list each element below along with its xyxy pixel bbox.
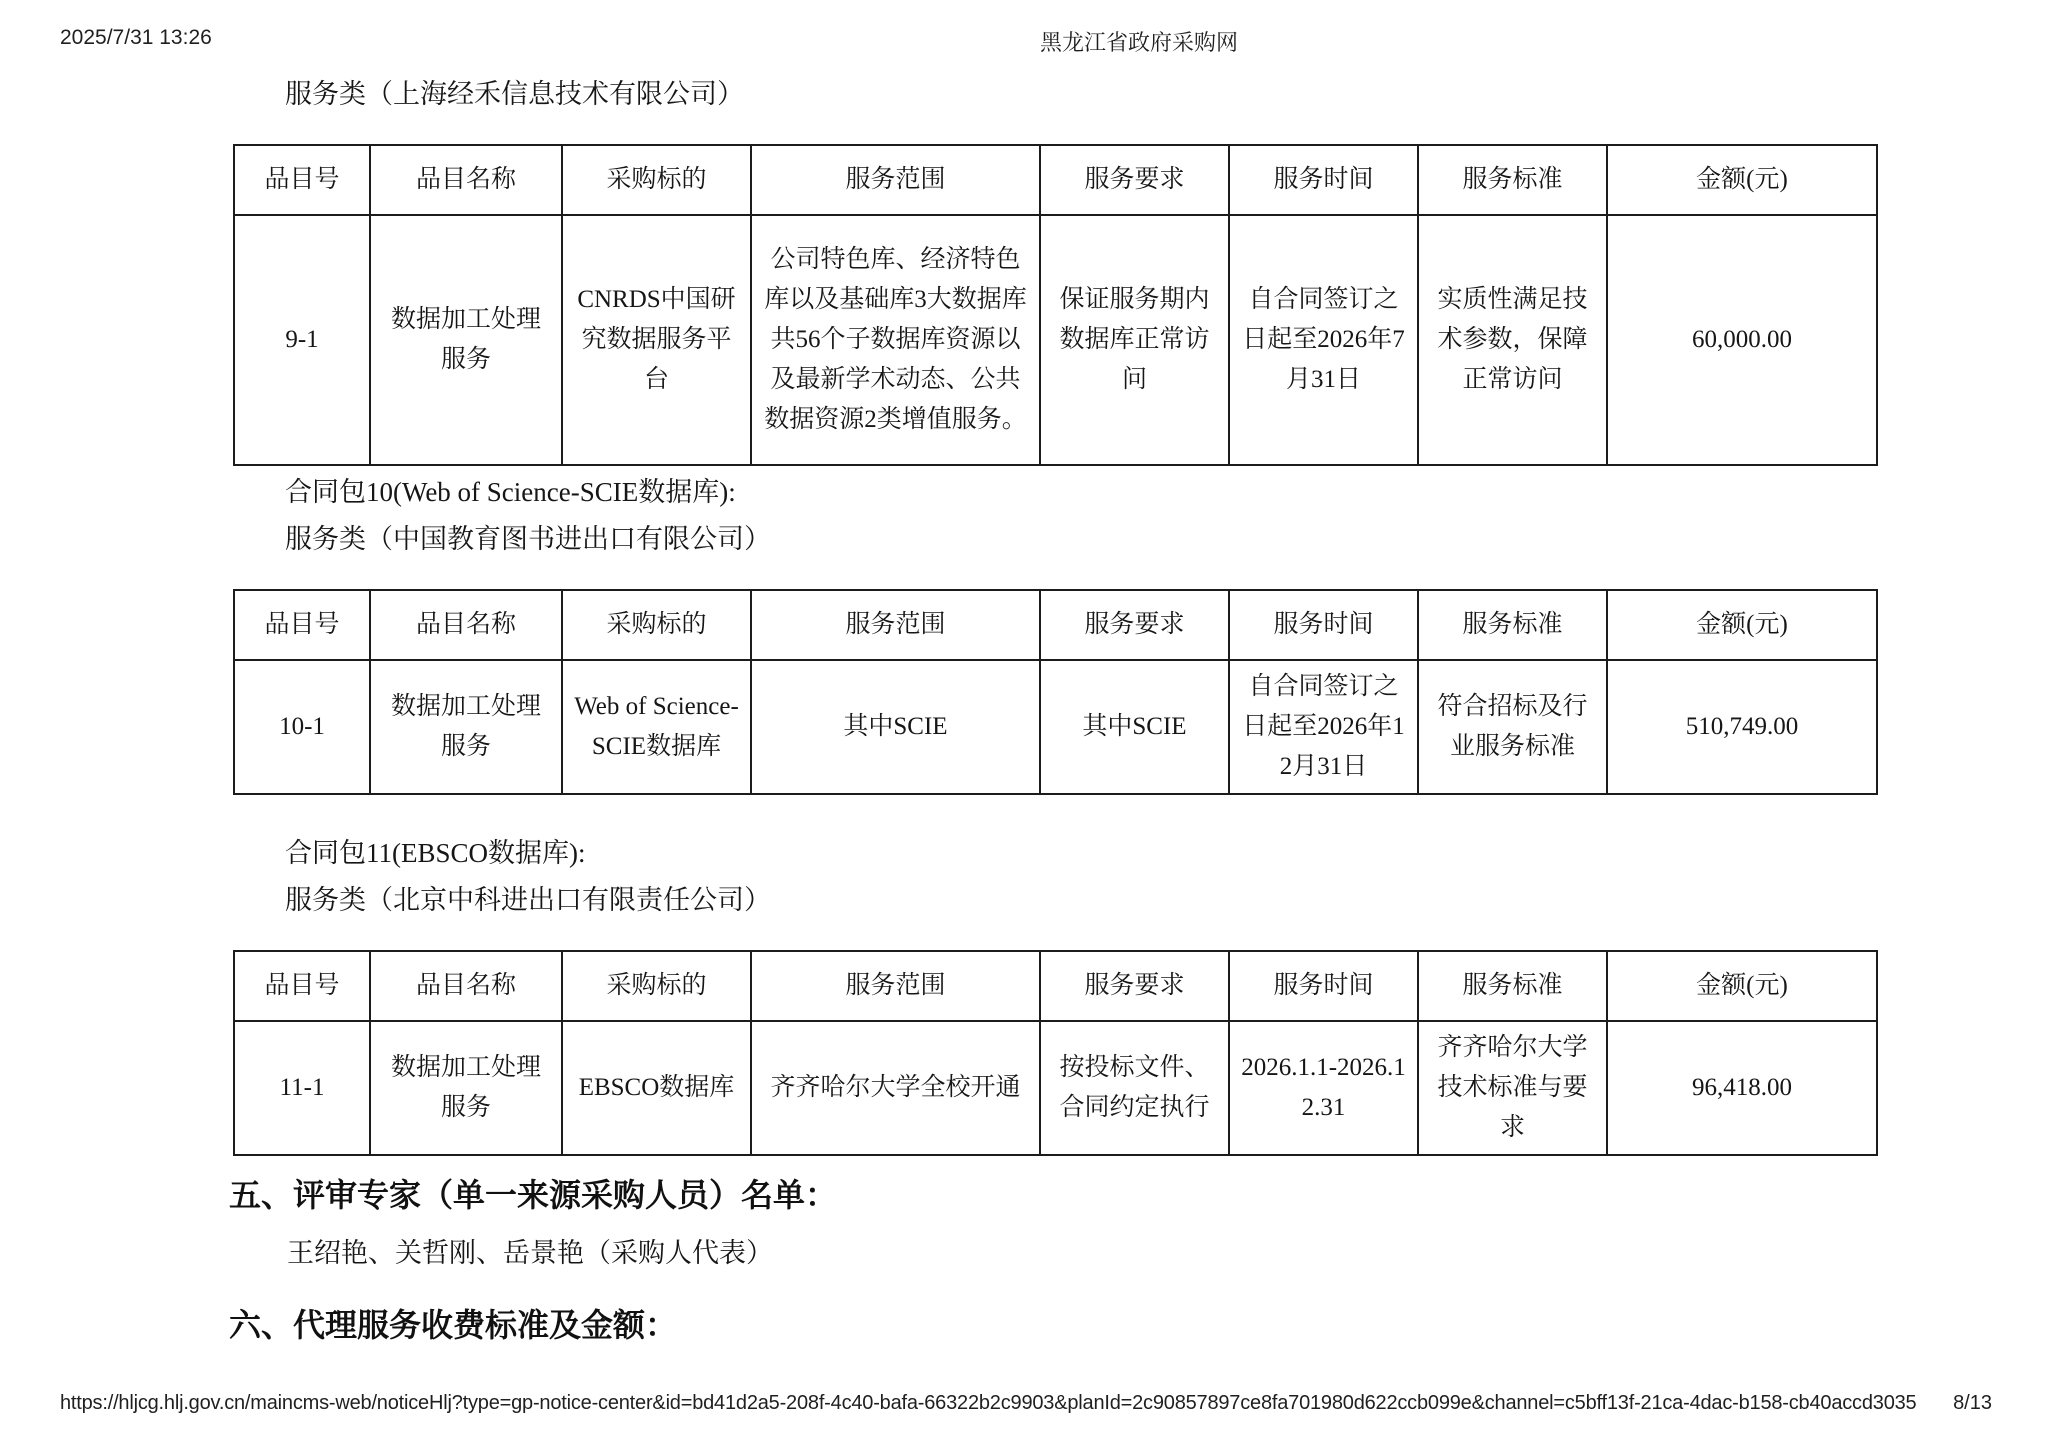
col-header-time: 服务时间	[1229, 951, 1418, 1021]
col-header-item-name: 品目名称	[370, 951, 562, 1021]
service-heading-company-9: 服务类（上海经禾信息技术有限公司）	[285, 78, 744, 111]
col-header-scope: 服务范围	[751, 145, 1040, 215]
cell-standard: 符合招标及行业服务标准	[1418, 660, 1607, 794]
contract-table-9: 品目号 品目名称 采购标的 服务范围 服务要求 服务时间 服务标准 金额(元) …	[233, 144, 1878, 466]
section5-heading: 五、评审专家（单一来源采购人员）名单：	[229, 1176, 837, 1214]
table-row: 9-1 数据加工处理服务 CNRDS中国研究数据服务平台 公司特色库、经济特色库…	[234, 215, 1877, 465]
col-header-amount: 金额(元)	[1607, 145, 1877, 215]
service-heading-company-10: 服务类（中国教育图书进出口有限公司）	[285, 523, 771, 556]
col-header-time: 服务时间	[1229, 590, 1418, 660]
footer-url: https://hljcg.hlj.gov.cn/maincms-web/not…	[60, 1392, 1916, 1415]
cell-scope: 公司特色库、经济特色库以及基础库3大数据库共56个子数据库资源以及最新学术动态、…	[751, 215, 1040, 465]
cell-target: EBSCO数据库	[562, 1021, 751, 1155]
cell-scope: 齐齐哈尔大学全校开通	[751, 1021, 1040, 1155]
cell-time: 自合同签订之日起至2026年7月31日	[1229, 215, 1418, 465]
cell-item-no: 11-1	[234, 1021, 370, 1155]
col-header-item-name: 品目名称	[370, 590, 562, 660]
cell-requirement: 保证服务期内数据库正常访问	[1040, 215, 1229, 465]
package-heading-10: 合同包10(Web of Science-SCIE数据库):	[285, 476, 736, 509]
col-header-requirement: 服务要求	[1040, 590, 1229, 660]
cell-target: CNRDS中国研究数据服务平台	[562, 215, 751, 465]
site-title: 黑龙江省政府采购网	[1040, 26, 1238, 57]
page-number: 8/13	[1953, 1392, 1992, 1415]
col-header-target: 采购标的	[562, 145, 751, 215]
cell-standard: 实质性满足技术参数，保障正常访问	[1418, 215, 1607, 465]
document-page: 2025/7/31 13:26 黑龙江省政府采购网 服务类（上海经禾信息技术有限…	[0, 0, 2048, 1447]
cell-requirement: 其中SCIE	[1040, 660, 1229, 794]
cell-requirement: 按投标文件、合同约定执行	[1040, 1021, 1229, 1155]
cell-amount: 510,749.00	[1607, 660, 1877, 794]
col-header-requirement: 服务要求	[1040, 951, 1229, 1021]
cell-time: 自合同签订之日起至2026年12月31日	[1229, 660, 1418, 794]
col-header-standard: 服务标准	[1418, 590, 1607, 660]
col-header-item-no: 品目号	[234, 590, 370, 660]
col-header-item-no: 品目号	[234, 145, 370, 215]
section6-heading: 六、代理服务收费标准及金额：	[229, 1306, 677, 1344]
col-header-standard: 服务标准	[1418, 145, 1607, 215]
col-header-standard: 服务标准	[1418, 951, 1607, 1021]
col-header-amount: 金额(元)	[1607, 590, 1877, 660]
cell-target: Web of Science-SCIE数据库	[562, 660, 751, 794]
cell-amount: 96,418.00	[1607, 1021, 1877, 1155]
col-header-scope: 服务范围	[751, 590, 1040, 660]
table-row: 10-1 数据加工处理服务 Web of Science-SCIE数据库 其中S…	[234, 660, 1877, 794]
print-datetime: 2025/7/31 13:26	[60, 26, 212, 50]
col-header-target: 采购标的	[562, 590, 751, 660]
col-header-item-name: 品目名称	[370, 145, 562, 215]
table-row: 11-1 数据加工处理服务 EBSCO数据库 齐齐哈尔大学全校开通 按投标文件、…	[234, 1021, 1877, 1155]
expert-names: 王绍艳、关哲刚、岳景艳（采购人代表）	[287, 1237, 773, 1269]
col-header-scope: 服务范围	[751, 951, 1040, 1021]
table-header-row: 品目号 品目名称 采购标的 服务范围 服务要求 服务时间 服务标准 金额(元)	[234, 145, 1877, 215]
cell-item-name: 数据加工处理服务	[370, 660, 562, 794]
cell-time: 2026.1.1-2026.12.31	[1229, 1021, 1418, 1155]
cell-item-no: 10-1	[234, 660, 370, 794]
table-header-row: 品目号 品目名称 采购标的 服务范围 服务要求 服务时间 服务标准 金额(元)	[234, 951, 1877, 1021]
table-header-row: 品目号 品目名称 采购标的 服务范围 服务要求 服务时间 服务标准 金额(元)	[234, 590, 1877, 660]
cell-scope: 其中SCIE	[751, 660, 1040, 794]
cell-item-no: 9-1	[234, 215, 370, 465]
cell-item-name: 数据加工处理服务	[370, 215, 562, 465]
contract-table-10: 品目号 品目名称 采购标的 服务范围 服务要求 服务时间 服务标准 金额(元) …	[233, 589, 1878, 795]
col-header-amount: 金额(元)	[1607, 951, 1877, 1021]
col-header-time: 服务时间	[1229, 145, 1418, 215]
contract-table-11: 品目号 品目名称 采购标的 服务范围 服务要求 服务时间 服务标准 金额(元) …	[233, 950, 1878, 1156]
col-header-item-no: 品目号	[234, 951, 370, 1021]
service-heading-company-11: 服务类（北京中科进出口有限责任公司）	[285, 884, 771, 917]
cell-item-name: 数据加工处理服务	[370, 1021, 562, 1155]
package-heading-11: 合同包11(EBSCO数据库):	[285, 837, 586, 870]
cell-amount: 60,000.00	[1607, 215, 1877, 465]
col-header-target: 采购标的	[562, 951, 751, 1021]
cell-standard: 齐齐哈尔大学技术标准与要求	[1418, 1021, 1607, 1155]
col-header-requirement: 服务要求	[1040, 145, 1229, 215]
